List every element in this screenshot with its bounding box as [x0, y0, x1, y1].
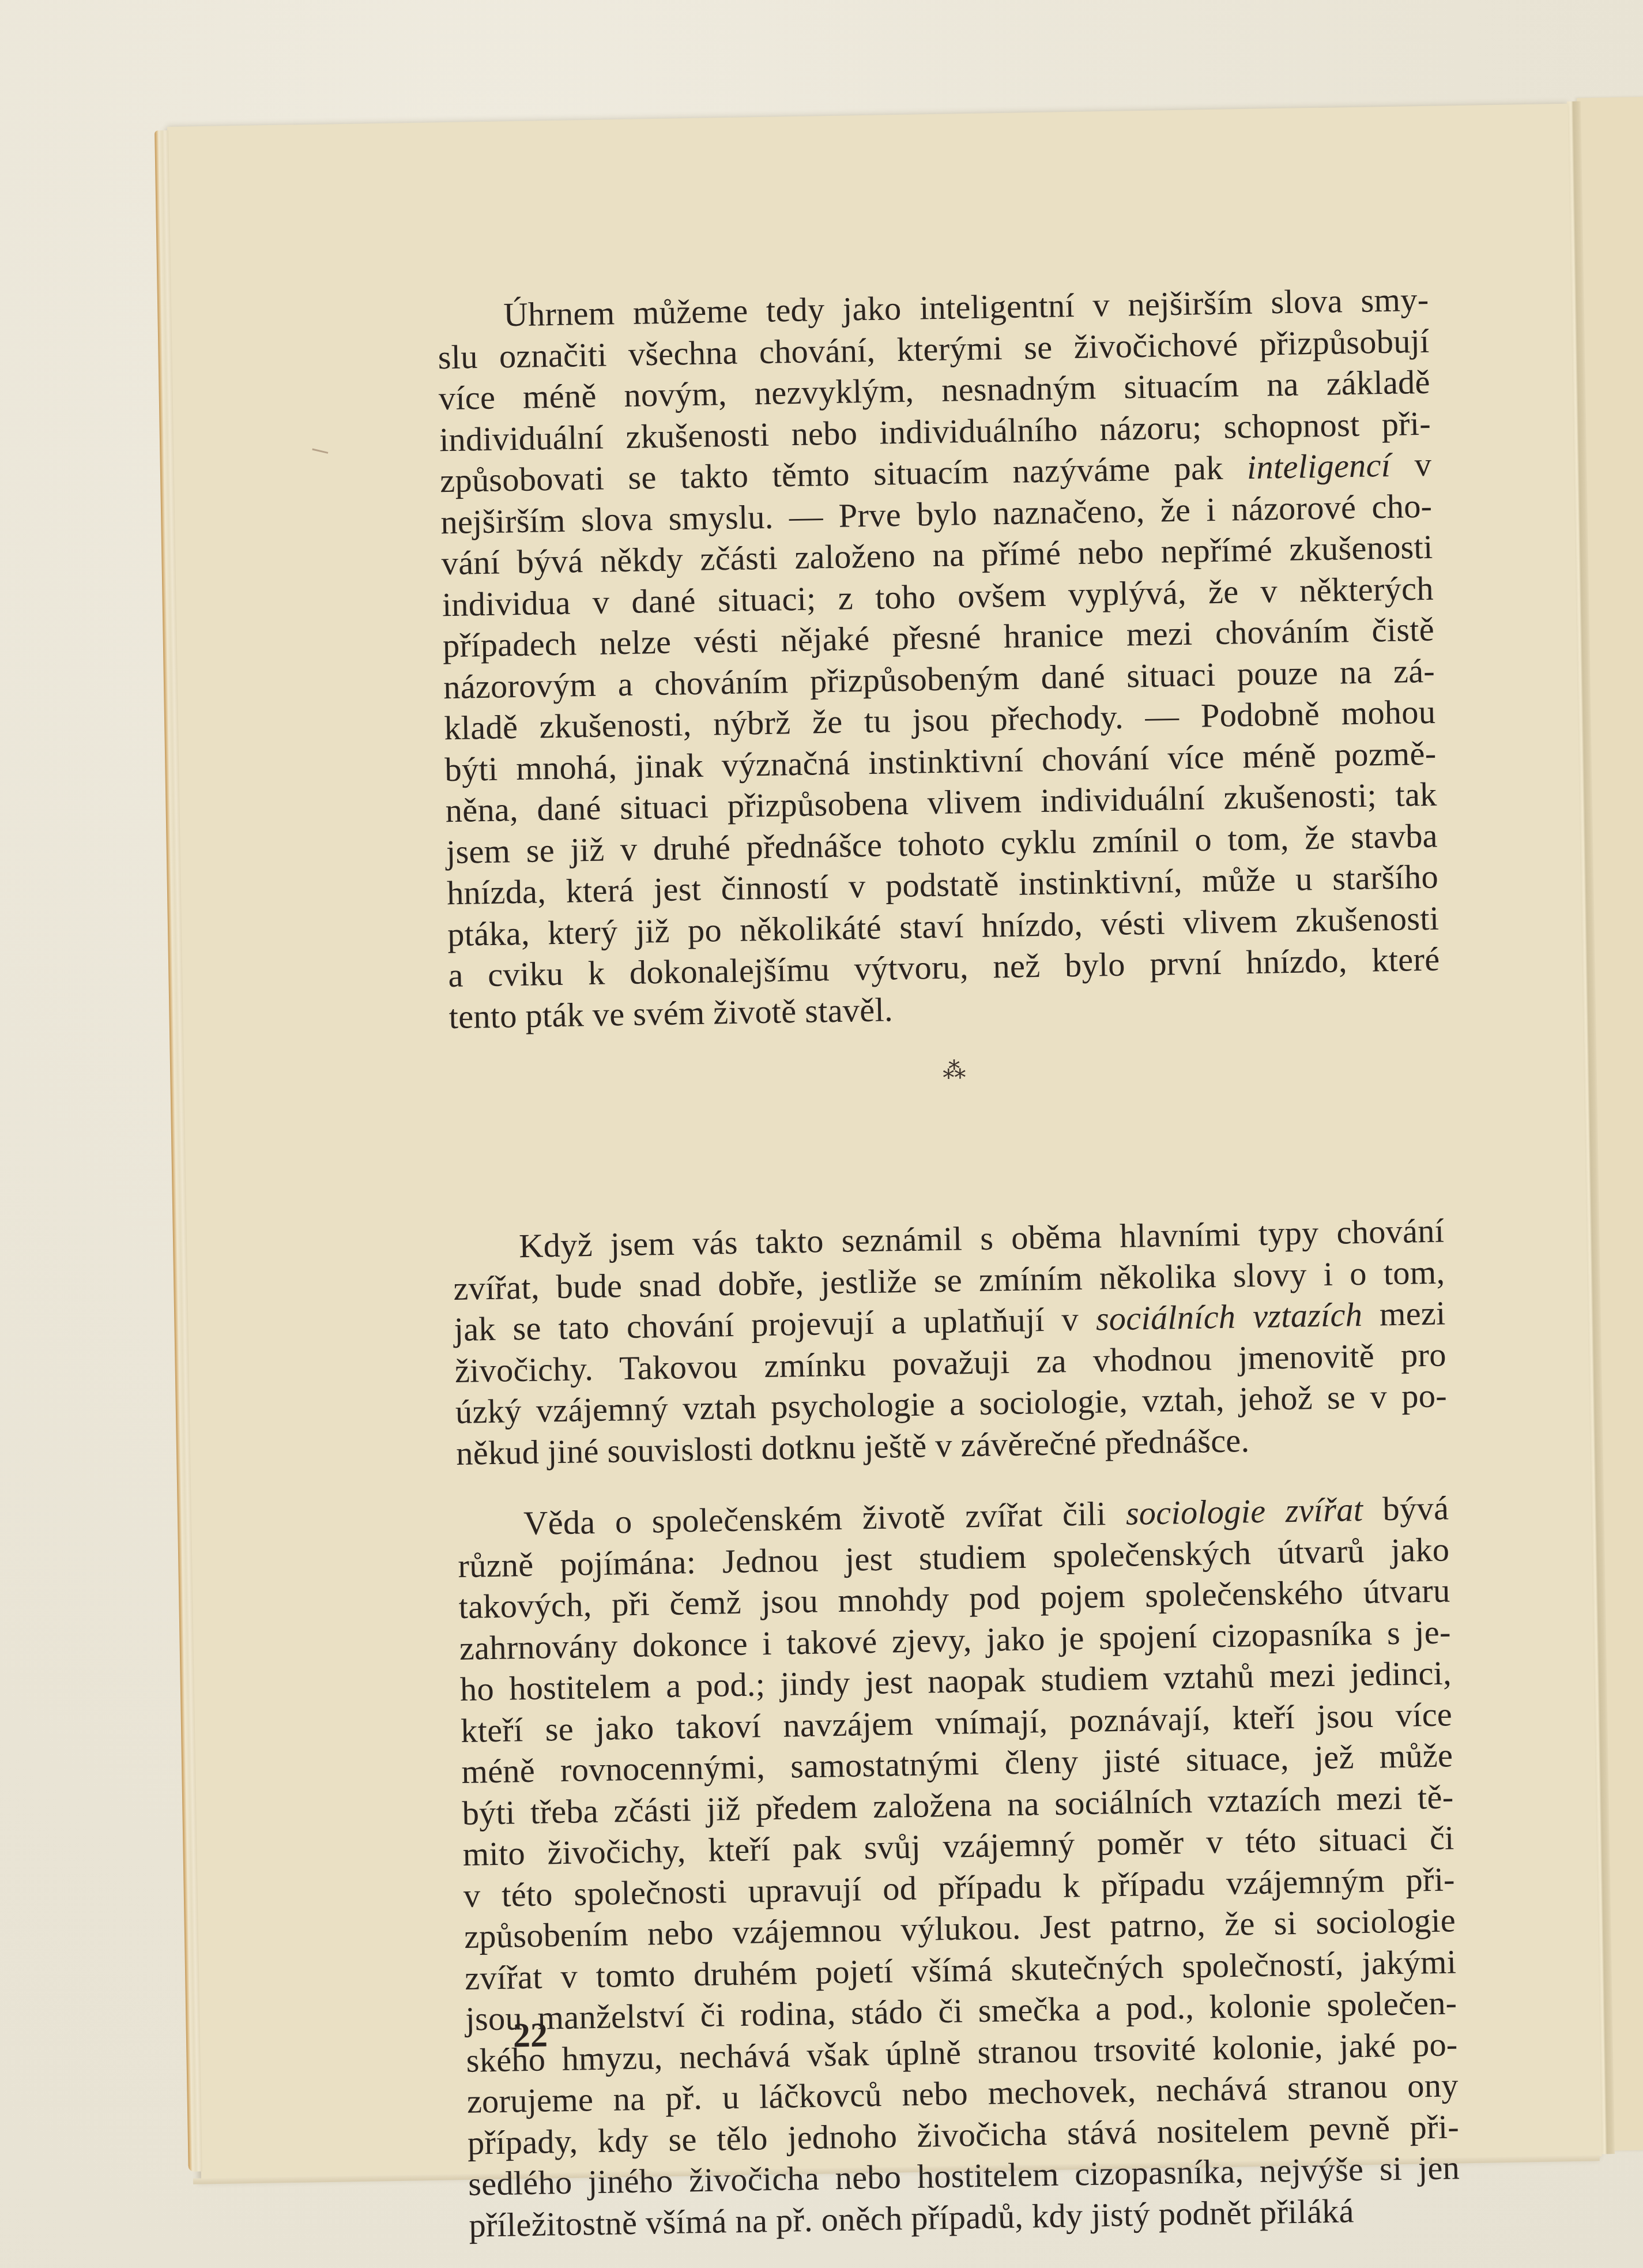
paragraph-animal-sociology: Věda o společenském životě zvířat čili s… [457, 1487, 1461, 2246]
emphasized-term: sociologie zvířat [1125, 1491, 1363, 1532]
body-text: Úhrnem můžeme tedy jako inteligentní v n… [437, 279, 1461, 2246]
paragraph-intelligence-summary: Úhrnem můžeme tedy jako inteligentní v n… [437, 279, 1441, 1037]
page-number: 22 [513, 2015, 548, 2056]
margin-pencil-mark [312, 449, 328, 454]
emphasized-term: inteligencí [1246, 446, 1390, 486]
section-break-asterisk: ⁂ [467, 1051, 1441, 1090]
book-page: Úhrnem můžeme tedy jako inteligentní v n… [167, 104, 1602, 2180]
paragraph-social-relations-intro: Když jsem vás takto seznámil s oběma hla… [453, 1210, 1448, 1474]
emphasized-term: sociálních vztazích [1095, 1296, 1362, 1338]
